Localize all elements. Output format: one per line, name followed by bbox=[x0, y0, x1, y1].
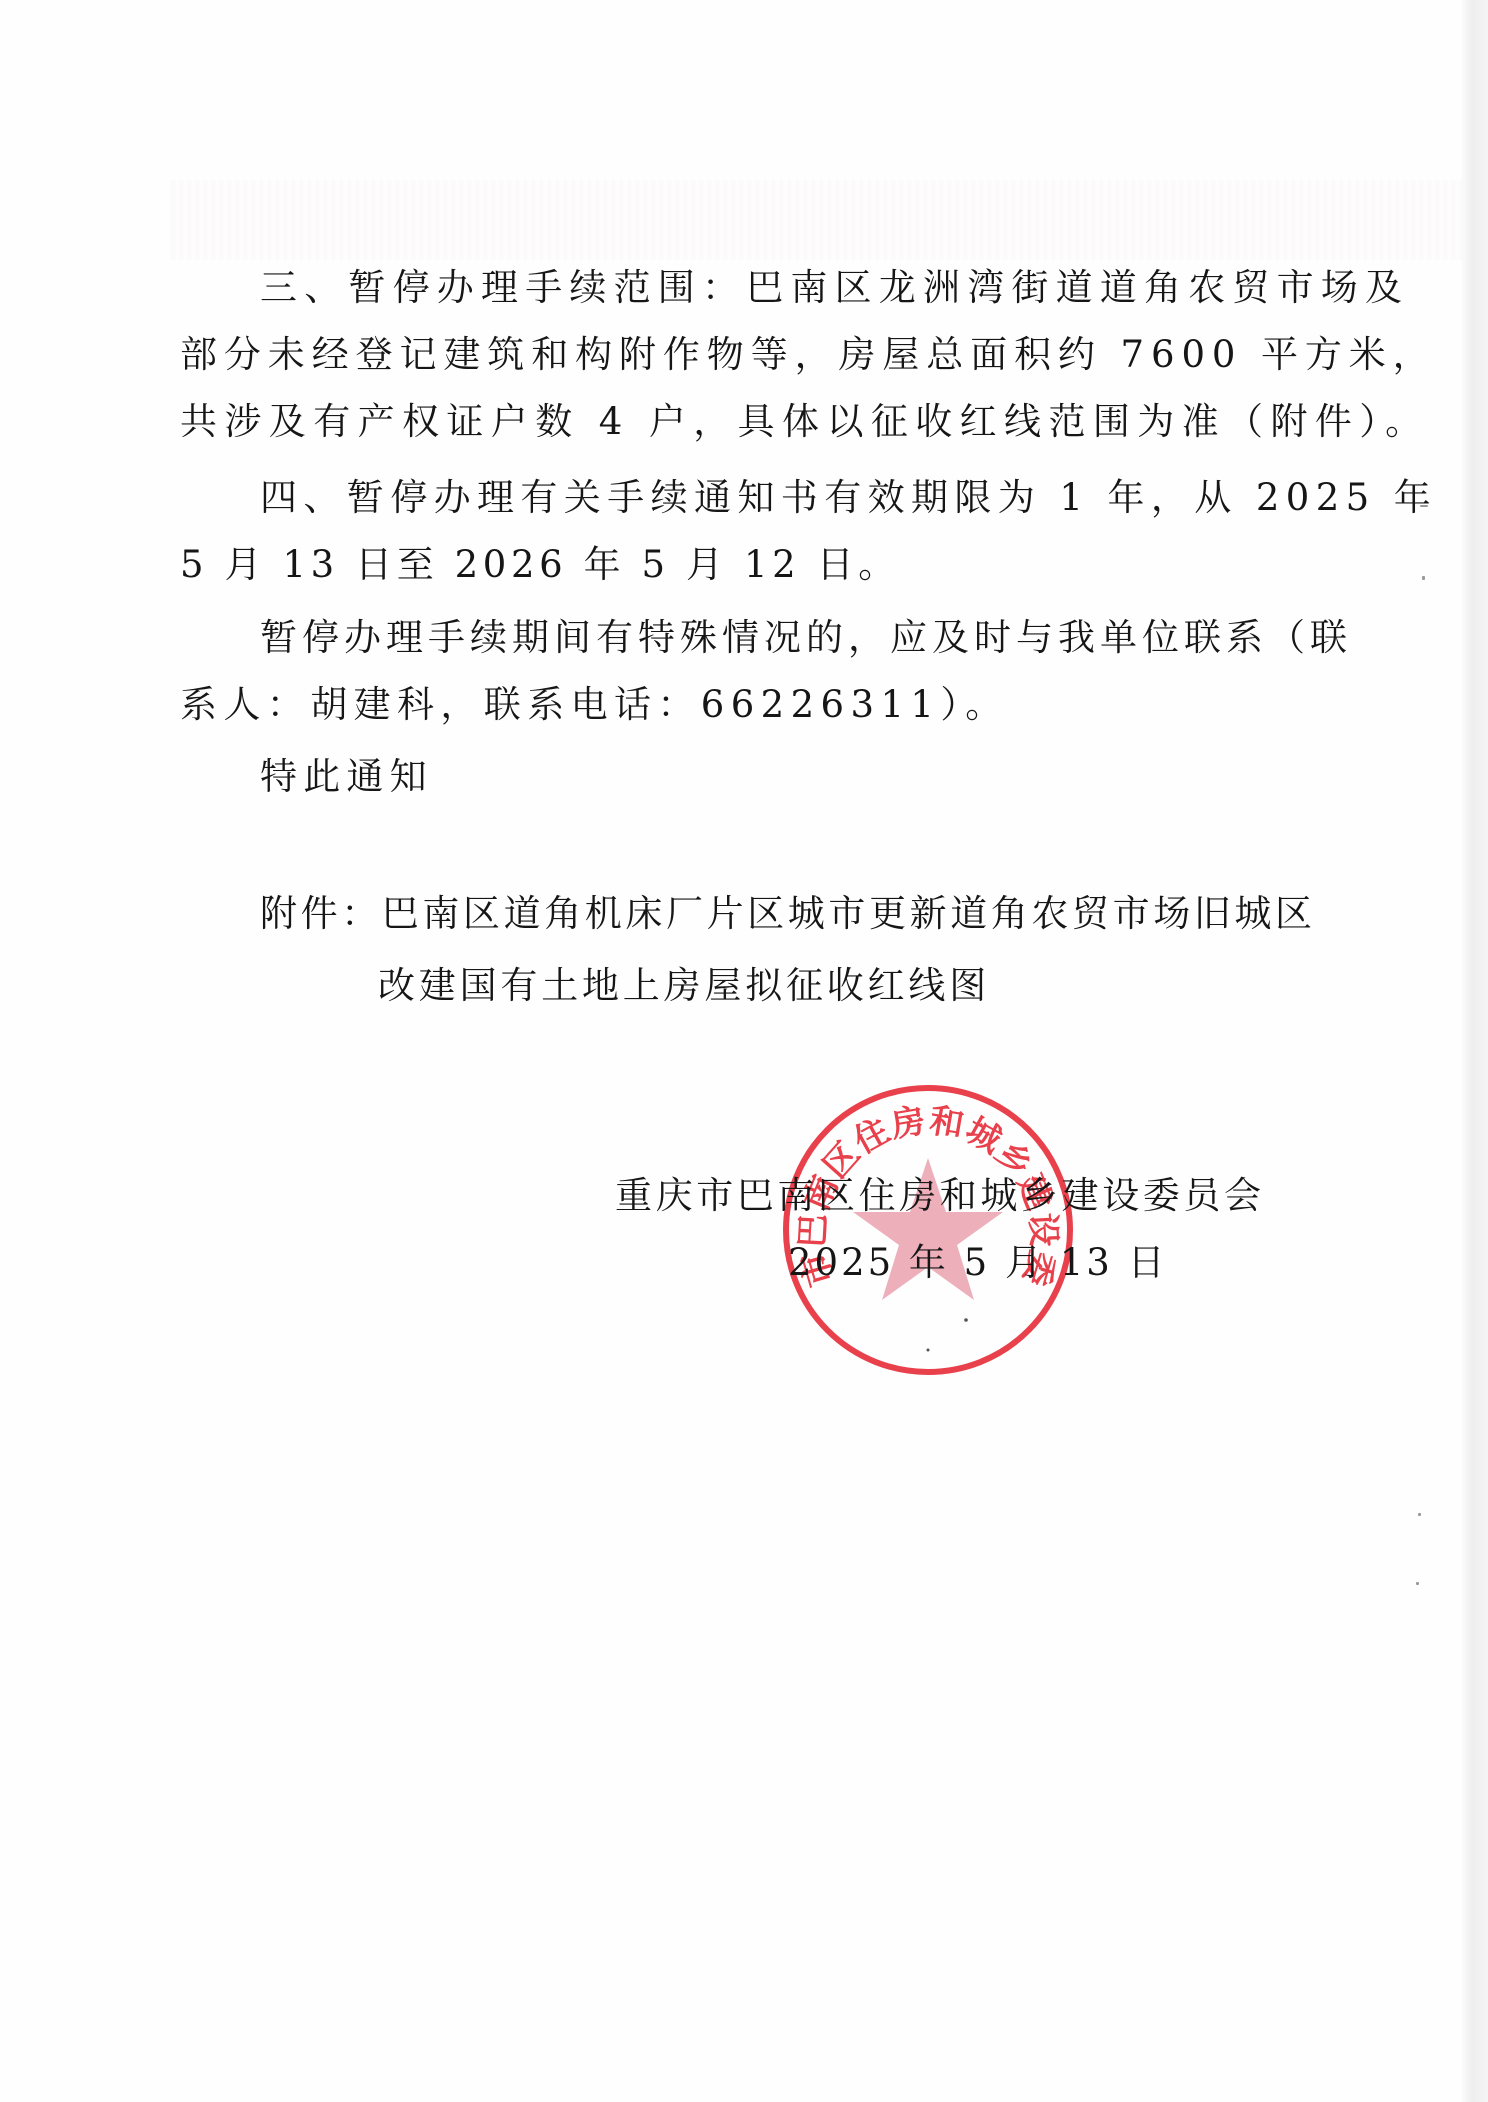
section3-line3: 共涉及有产权证户数 4 户，具体以征收红线范围为准（附件）。 bbox=[180, 400, 1430, 444]
section4-line2: 5 月 13 日至 2026 年 5 月 12 日。 bbox=[180, 543, 900, 587]
attachment-line1: 附件：巴南区道角机床厂片区城市更新道角农贸市场旧城区 bbox=[260, 892, 1316, 936]
scan-speck bbox=[1416, 1582, 1419, 1585]
contact-line1: 暂停办理手续期间有特殊情况的，应及时与我单位联系（联 bbox=[260, 616, 1352, 660]
seal-icon: 重庆市巴南区住房和城乡建设委员会 bbox=[778, 1080, 1078, 1380]
scan-speck bbox=[1422, 576, 1425, 580]
faded-header-bleedthrough bbox=[170, 180, 1470, 260]
scan-edge-shadow bbox=[1462, 0, 1488, 2102]
scan-speck bbox=[1420, 505, 1428, 507]
contact-line2: 系人：胡建科，联系电话：66226311）。 bbox=[180, 683, 1009, 727]
section3-line1: 三、暂停办理手续范围：巴南区龙洲湾街道道角农贸市场及 bbox=[260, 266, 1409, 310]
official-seal: 重庆市巴南区住房和城乡建设委员会 bbox=[778, 1080, 1078, 1380]
signature-organization: 重庆市巴南区住房和城乡建设委员会 bbox=[615, 1174, 1265, 1218]
closing-text: 特此通知 bbox=[260, 755, 433, 799]
section3-line2: 部分未经登记建筑和构附作物等，房屋总面积约 7600 平方米， bbox=[180, 333, 1437, 377]
attachment-line2: 改建国有土地上房屋拟征收红线图 bbox=[378, 964, 990, 1008]
signature-date: 2025 年 5 月 13 日 bbox=[788, 1241, 1168, 1285]
section4-line1: 四、暂停办理有关手续通知书有效期限为 1 年，从 2025 年 bbox=[260, 476, 1437, 520]
scan-speck bbox=[1418, 1513, 1421, 1516]
document-page: 三、暂停办理手续范围：巴南区龙洲湾街道道角农贸市场及 部分未经登记建筑和构附作物… bbox=[0, 0, 1488, 2102]
